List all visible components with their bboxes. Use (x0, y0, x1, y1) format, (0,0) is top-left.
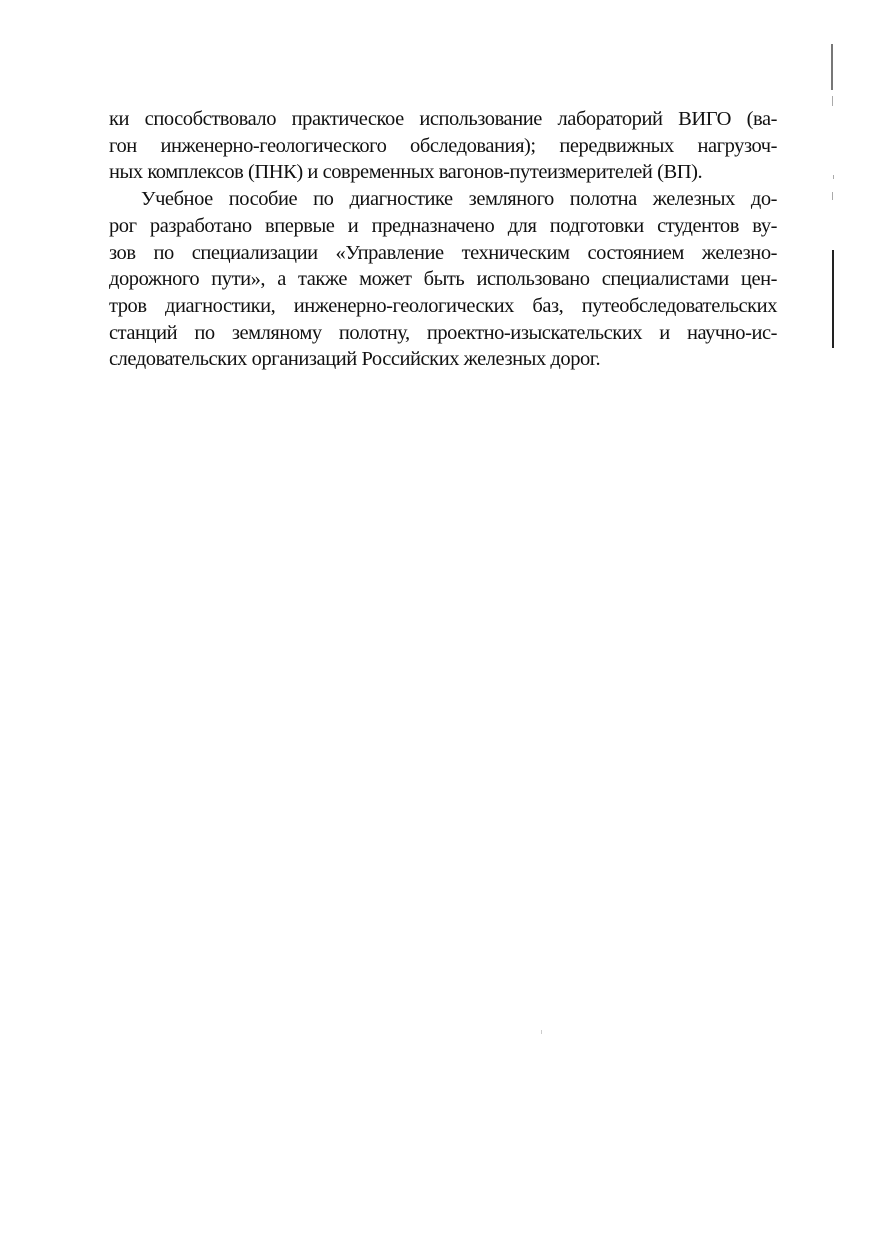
text-line: следовательских организаций Российских ж… (109, 346, 777, 373)
scan-edge-mark (832, 250, 834, 348)
text-line: тров диагностики, инженерно-геологически… (109, 293, 777, 320)
text-line: ки способствовало практическое использов… (109, 106, 777, 133)
scan-speck (833, 175, 834, 179)
text-line: дорожного пути», а также может быть испо… (109, 266, 777, 293)
text-line: Учебное пособие по диагностике земляного… (109, 186, 777, 213)
text-line: станций по земляному полотну, проектно-и… (109, 320, 777, 347)
text-line: зов по специализации «Управление техниче… (109, 240, 777, 267)
scan-speck (832, 96, 833, 106)
text-line: гон инженерно-геологического обследовани… (109, 133, 777, 160)
paragraph-1: ки способствовало практическое использов… (109, 106, 777, 186)
page-body-text: ки способствовало практическое использов… (109, 106, 777, 373)
text-line: ных комплексов (ПНК) и современных вагон… (109, 159, 777, 186)
paragraph-2: Учебное пособие по диагностике земляного… (109, 186, 777, 373)
scan-speck (832, 192, 833, 200)
scan-edge-mark (831, 44, 833, 90)
text-line: рог разработано впервые и предназначено … (109, 213, 777, 240)
scan-speck (541, 1030, 542, 1034)
